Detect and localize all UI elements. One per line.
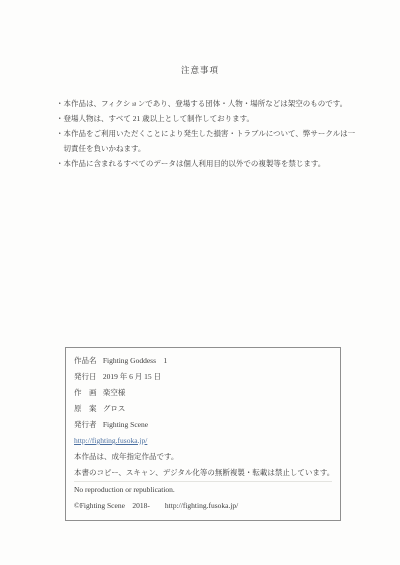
colophon-row-artist: 作 画 楽空様 [74,385,332,401]
notice-list: ・本作品は、フィクションであり、登場する団体・人物・場所などは架空のものです。 … [56,96,360,171]
notice-item: ・本作品に含まれるすべてのデータは個人利用目的以外での複製等を禁じます。 [56,156,360,171]
colophon-label: 発行日 [74,369,101,385]
colophon-value: 楽空様 [103,388,126,397]
colophon-row-publisher: 発行者 Fighting Scene [74,417,332,433]
colophon-value: Fighting Goddess 1 [103,356,167,365]
notice-item: ・本作品をご利用いただくことにより発生した損害・トラブルについて、弊サークルは一… [56,126,360,156]
colophon-page: 注意事項 ・本作品は、フィクションであり、登場する団体・人物・場所などは架空のも… [0,0,400,565]
colophon-row-title: 作品名 Fighting Goddess 1 [74,353,332,369]
colophon-row-concept: 原 案 グロス [74,401,332,417]
english-note: No reproduction or republication. [74,481,332,498]
notice-item: ・本作品は、フィクションであり、登場する団体・人物・場所などは架空のものです。 [56,96,360,111]
colophon-label: 原 案 [74,401,101,417]
colophon-value: 2019 年 6 月 15 日 [103,372,161,381]
colophon-table: 作品名 Fighting Goddess 1 発行日 2019 年 6 月 15… [65,347,341,521]
colophon-label: 作 画 [74,385,101,401]
notice-item: ・登場人物は、すべて 21 歳以上として制作しております。 [56,111,360,126]
circle-url-link[interactable]: http://fighting.fusoka.jp/ [74,436,147,445]
colophon-row-date: 発行日 2019 年 6 月 15 日 [74,369,332,385]
copy-prohibition-note: 本書のコピー、スキャン、デジタル化等の無断複製・転載は禁止しています。 [74,465,332,481]
colophon-row-url: http://fighting.fusoka.jp/ [74,433,332,449]
colophon-value: グロス [103,404,126,413]
colophon-label: 作品名 [74,353,101,369]
colophon-label: 発行者 [74,417,101,433]
rating-note: 本作品は、成年指定作品です。 [74,449,332,465]
colophon-value: Fighting Scene [103,420,148,429]
copyright-line: ©Fighting Scene 2018- http://fighting.fu… [74,498,332,514]
page-title: 注意事項 [0,64,400,76]
